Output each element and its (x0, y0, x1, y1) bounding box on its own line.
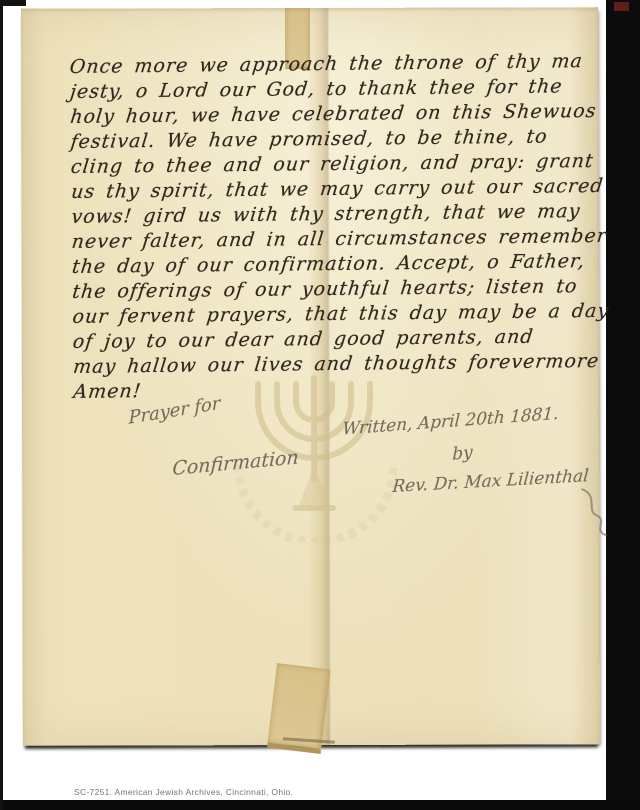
scanned-archive-page: { "scan": { "letter_lines": [ "Once more… (0, 0, 640, 810)
red-corner-mark (614, 2, 629, 11)
archive-caption: SC-7251. American Jewish Archives, Cinci… (74, 787, 293, 797)
signature-flourish (578, 485, 612, 537)
black-corner-mark (0, 0, 26, 6)
pencil-note-by: by (452, 442, 473, 465)
letter-body: Once more we approach the throne of thy … (70, 49, 602, 405)
letter-line: Amen! (72, 374, 603, 405)
pencil-note-signature: Rev. Dr. Max Lilienthal (392, 466, 590, 497)
black-margin-bottom (0, 800, 640, 810)
black-margin-left (0, 0, 3, 810)
letter-paper: Once more we approach the throne of thy … (21, 7, 600, 746)
black-margin-right (606, 0, 640, 810)
